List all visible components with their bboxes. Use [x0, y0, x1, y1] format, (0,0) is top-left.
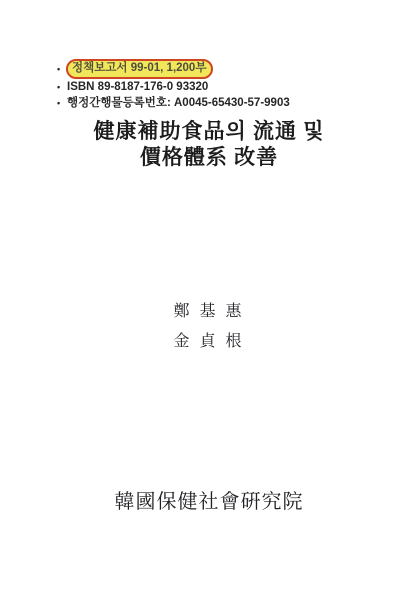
registration-number-line: • 행정간행물등록번호: A0045-65430-57-9903 — [57, 96, 290, 111]
isbn-line: • ISBN 89-8187-176-0 93320 — [57, 80, 290, 95]
isbn-text: ISBN 89-8187-176-0 93320 — [67, 80, 208, 95]
institution-name: 韓國保健社會硏究院 — [0, 485, 418, 514]
bullet-marker-icon: • — [57, 80, 67, 95]
author-name: 金 貞 根 — [0, 327, 418, 357]
bibliographic-info-block: • 정책보고서 99-01, 1,200부 • ISBN 89-8187-176… — [57, 59, 290, 112]
report-title-line1: 健康補助食品의 流通 및 — [0, 118, 418, 144]
report-title-line2: 價格體系 改善 — [0, 144, 418, 170]
report-number-highlight-annotation: 정책보고서 99-01, 1,200부 — [66, 59, 213, 79]
authors-block: 鄭 基 惠 金 貞 根 — [0, 297, 418, 357]
registration-number-text: 행정간행물등록번호: A0045-65430-57-9903 — [67, 96, 290, 111]
report-number-line: • 정책보고서 99-01, 1,200부 — [57, 59, 290, 79]
report-cover-page: • 정책보고서 99-01, 1,200부 • ISBN 89-8187-176… — [0, 0, 418, 593]
bullet-marker-icon: • — [57, 96, 67, 111]
report-title: 健康補助食品의 流通 및 價格體系 改善 — [0, 118, 418, 170]
author-name: 鄭 基 惠 — [0, 297, 418, 327]
